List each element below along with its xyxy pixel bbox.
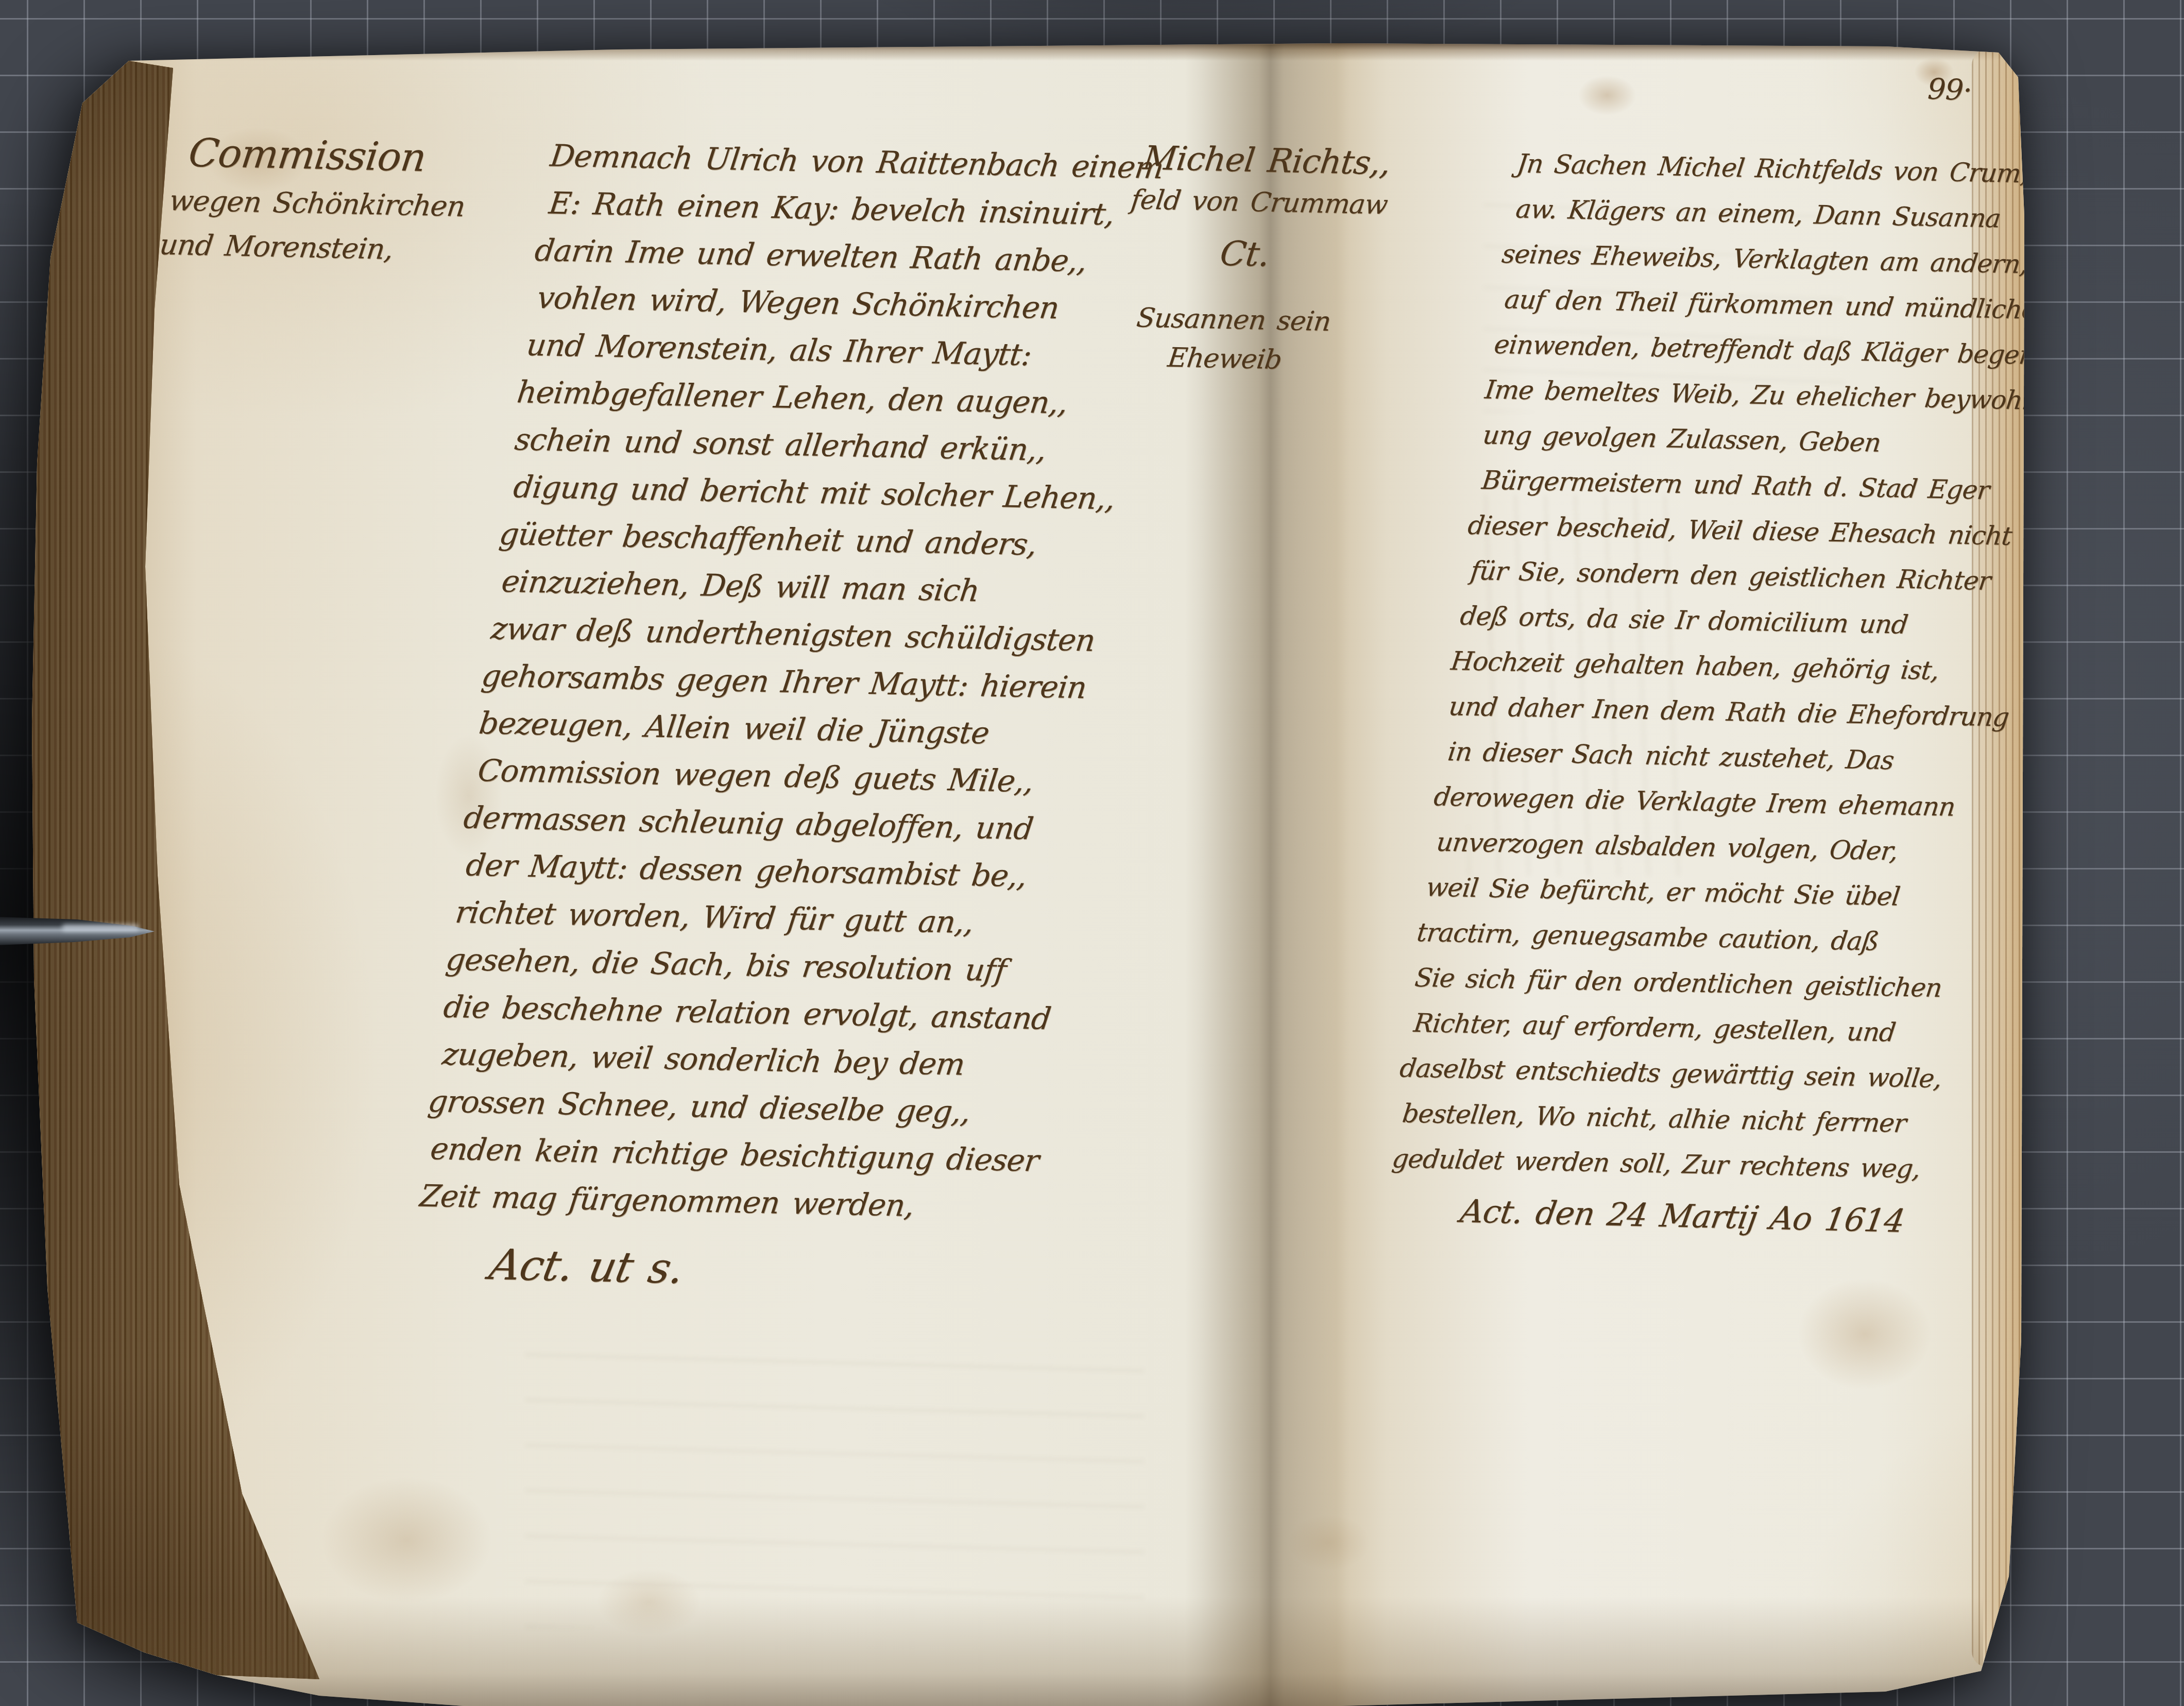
open-book: 99· Commission wegen Schönkirchen und Mo… <box>0 0 2184 1706</box>
margin-note-line: Ct. <box>1217 228 1384 283</box>
margin-note-line: wegen Schönkirchen <box>167 178 468 229</box>
stain <box>1272 1504 1386 1581</box>
margin-note-line: feld von Crummaw <box>1129 181 1390 224</box>
book-photo: 99· Commission wegen Schönkirchen und Mo… <box>0 0 2184 1706</box>
left-margin-note: Commission wegen Schönkirchen und Morens… <box>175 127 474 273</box>
clasp-highlight <box>62 924 139 931</box>
margin-note-line: und Morenstein, <box>157 222 462 272</box>
stain <box>1772 1257 1957 1411</box>
margin-note-line: Commission <box>186 127 474 184</box>
stain <box>1566 67 1648 124</box>
margin-note-line: Susannen sein <box>1134 298 1375 342</box>
left-page-signature: Act. ut s. <box>486 1240 688 1293</box>
ink-show-through <box>525 1339 1144 1628</box>
right-page-date-line: Act. den 24 Martij Ao 1614 <box>1458 1192 1907 1239</box>
margin-note-line: Eheweib <box>1166 338 1370 382</box>
stain <box>288 1453 525 1628</box>
margin-note-line: Michel Richts,, <box>1140 136 1395 186</box>
right-margin-note: Michel Richts,, feld von Crummaw Ct. Sus… <box>1116 136 1395 382</box>
book-top-edge <box>124 43 2004 61</box>
page-number: 99· <box>1927 73 1972 108</box>
